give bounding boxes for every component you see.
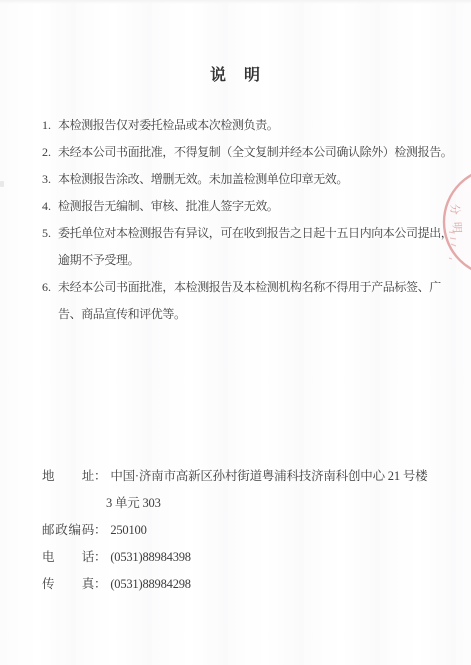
note-text: 未经本公司书面批准，不得复制（全文复制并经本公司确认除外）检测报告。 bbox=[58, 145, 452, 159]
note-number: 4. bbox=[42, 193, 51, 220]
postcode-row: 邮政编码：250100 bbox=[42, 517, 461, 544]
scan-artifact-mark bbox=[0, 181, 4, 187]
report-notes-page: 说 明 1.本检测报告仅对委托检品或本次检测负责。 2.未经本公司书面批准，不得… bbox=[0, 0, 471, 665]
postcode-value: 250100 bbox=[106, 523, 146, 537]
fax-colon: ： bbox=[94, 571, 106, 598]
note-number: 6. bbox=[42, 274, 51, 301]
note-text-continuation: 告、商品宣传和评优等。 bbox=[58, 301, 455, 328]
fax-value: (0531)88984298 bbox=[106, 577, 191, 591]
fax-row: 传真：(0531)88984298 bbox=[42, 571, 461, 598]
note-item-3: 3.本检测报告涂改、增删无效。未加盖检测单位印章无效。 bbox=[42, 166, 455, 193]
note-text: 委托单位对本检测报告有异议，可在收到报告之日起十五日内向本公司提出， bbox=[58, 226, 452, 240]
note-number: 2. bbox=[42, 139, 51, 166]
note-number: 3. bbox=[42, 166, 51, 193]
page-title: 说 明 bbox=[0, 66, 471, 86]
address-colon: ： bbox=[94, 463, 106, 490]
postcode-colon: ： bbox=[94, 517, 106, 544]
postcode-label: 邮政编码 bbox=[42, 517, 94, 544]
note-item-4: 4.检测报告无编制、审核、批准人签字无效。 bbox=[42, 193, 455, 220]
address-value-line2: 3 单元 303 bbox=[106, 490, 461, 517]
note-item-1: 1.本检测报告仅对委托检品或本次检测负责。 bbox=[42, 112, 455, 139]
note-text: 未经本公司书面批准，本检测报告及本检测机构名称不得用于产品标签、广 bbox=[58, 280, 441, 294]
address-row: 地址：中国·济南市高新区孙村街道粤浦科技济南科创中心 21 号楼 bbox=[42, 463, 461, 490]
note-item-6: 6.未经本公司书面批准，本检测报告及本检测机构名称不得用于产品标签、广 告、商品… bbox=[42, 274, 455, 328]
note-text: 检测报告无编制、审核、批准人签字无效。 bbox=[58, 199, 278, 213]
phone-value: (0531)88984398 bbox=[106, 550, 191, 564]
phone-colon: ： bbox=[94, 544, 106, 571]
fax-label: 传真 bbox=[42, 571, 94, 598]
contact-block: 地址：中国·济南市高新区孙村街道粤浦科技济南科创中心 21 号楼 3 单元 30… bbox=[42, 463, 461, 598]
note-item-5: 5.委托单位对本检测报告有异议，可在收到报告之日起十五日内向本公司提出， 逾期不… bbox=[42, 220, 455, 274]
note-number: 1. bbox=[42, 112, 51, 139]
address-label: 地址 bbox=[42, 463, 94, 490]
note-item-2: 2.未经本公司书面批准，不得复制（全文复制并经本公司确认除外）检测报告。 bbox=[42, 139, 455, 166]
notes-list: 1.本检测报告仅对委托检品或本次检测负责。 2.未经本公司书面批准，不得复制（全… bbox=[42, 112, 455, 328]
note-number: 5. bbox=[42, 220, 51, 247]
note-text-continuation: 逾期不予受理。 bbox=[58, 247, 455, 274]
note-text: 本检测报告仅对委托检品或本次检测负责。 bbox=[58, 118, 278, 132]
phone-label: 电话 bbox=[42, 544, 94, 571]
address-value: 中国·济南市高新区孙村街道粤浦科技济南科创中心 21 号楼 bbox=[106, 469, 427, 483]
phone-row: 电话：(0531)88984398 bbox=[42, 544, 461, 571]
note-text: 本检测报告涂改、增删无效。未加盖检测单位印章无效。 bbox=[58, 172, 348, 186]
